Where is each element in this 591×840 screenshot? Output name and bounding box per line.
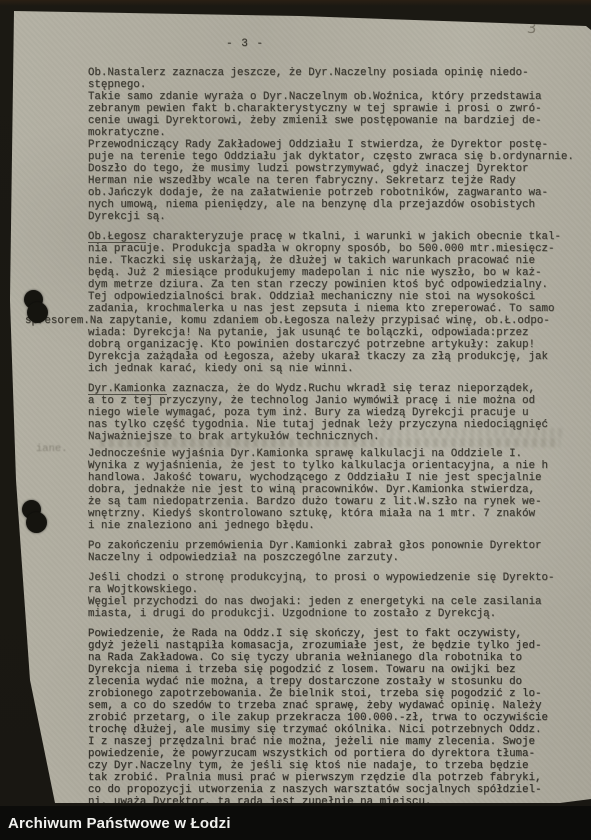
typed-paragraph: Po zakończeniu przemówienia Dyr.Kamionki… <box>88 540 542 564</box>
scanned-document-page: 3 - 3 - Ob.Nastalerz zaznacza jeszcze, ż… <box>0 0 591 840</box>
archive-name-label: Archiwum Państwowe w Łodzi <box>8 815 231 832</box>
underline-dyr-kamionka <box>88 394 167 395</box>
typed-paragraph: Powiedzenie, że Rada na Oddz.I się skońc… <box>88 628 548 808</box>
faint-ghost-text-smudge <box>350 428 565 437</box>
archive-watermark-bar: Archiwum Państwowe w Łodzi <box>0 806 591 840</box>
paper-sheet: 3 - 3 - Ob.Nastalerz zaznacza jeszcze, ż… <box>0 0 591 840</box>
page-number-header: - 3 - <box>226 38 264 50</box>
typed-paragraph: wiada: Dyrekcja! Na pytanie, jak usunąć … <box>88 327 548 375</box>
pencil-page-number: 3 <box>526 19 537 38</box>
faint-ghost-text-smudge <box>100 438 560 447</box>
typed-paragraph: Jednocześnie wyjaśnia Dyr.Kamionka spraw… <box>88 448 548 532</box>
underline-ob-legosz <box>88 242 146 243</box>
typed-paragraph: Ob.Nastalerz zaznacza jeszcze, że Dyr.Na… <box>88 67 574 223</box>
typed-paragraph: Ob.Łegosz charakteryzuje pracę w tkalni,… <box>88 231 561 315</box>
typed-line-margin-overrun: spresorem.Na zapytanie, komu zdaniem ob.… <box>25 315 550 327</box>
typed-paragraph: Jeśli chodzi o stronę produkcyjną, to pr… <box>88 572 555 620</box>
faint-margin-note: iane. <box>36 443 68 455</box>
